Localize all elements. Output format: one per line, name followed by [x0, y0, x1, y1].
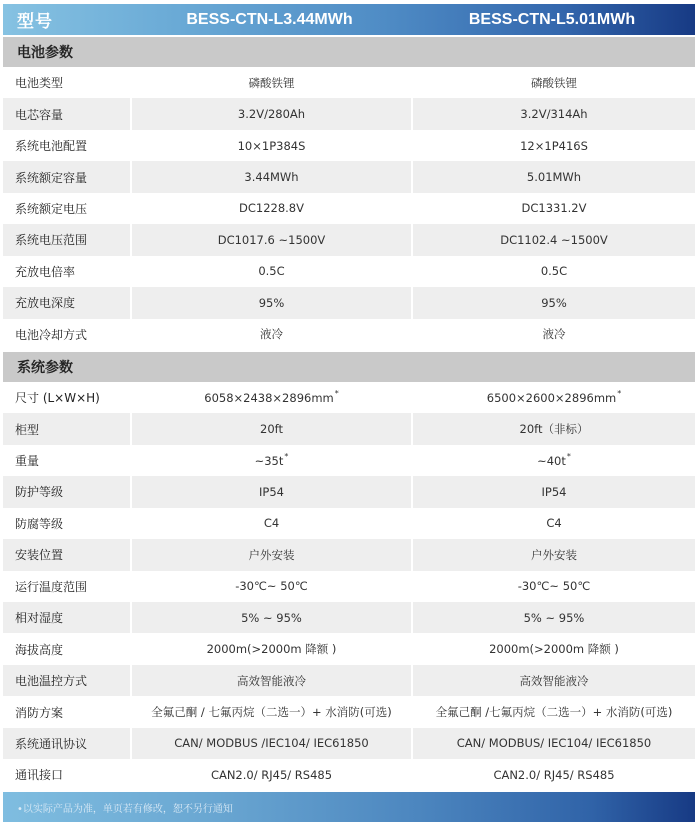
- row-value-model-1: 3.44MWh: [132, 161, 411, 192]
- row-label: 相对湿度: [3, 602, 130, 633]
- row-label: 系统通讯协议: [3, 728, 130, 759]
- value-text: 6058×2438×2896mm: [204, 391, 333, 405]
- value-text: 0.5C: [541, 264, 567, 278]
- value-text: 5% ~ 95%: [524, 611, 585, 625]
- table-row: 通讯接口CAN2.0/ RJ45/ RS485CAN2.0/ RJ45/ RS4…: [3, 759, 695, 790]
- row-label: 电池冷却方式: [3, 319, 130, 350]
- footnote-marker: *: [567, 452, 571, 461]
- spec-table: 型号 BESS-CTN-L3.44MWh BESS-CTN-L5.01MWh 电…: [3, 4, 695, 791]
- table-row: 系统电池配置10×1P384S12×1P416S: [3, 130, 695, 161]
- row-value-model-2: 0.5C: [413, 256, 695, 287]
- value-text: IP54: [542, 485, 567, 499]
- value-text: ~40t: [537, 454, 566, 468]
- footnote-marker: *: [284, 452, 288, 461]
- section-header: 系统参数: [3, 352, 695, 382]
- table-row: 电池类型磷酸铁锂磷酸铁锂: [3, 67, 695, 98]
- row-value-model-1: 95%: [132, 287, 411, 318]
- value-text: 高效智能液冷: [520, 673, 589, 689]
- value-text: CAN2.0/ RJ45/ RS485: [493, 768, 614, 782]
- row-value-model-1: DC1017.6 ~1500V: [132, 224, 411, 255]
- value-text: 3.44MWh: [244, 170, 298, 184]
- sections-container: 电池参数电池类型磷酸铁锂磷酸铁锂电芯容量3.2V/280Ah3.2V/314Ah…: [3, 37, 695, 791]
- row-label: 安装位置: [3, 539, 130, 570]
- table-row: 安装位置户外安装户外安装: [3, 539, 695, 570]
- row-value-model-1: ~35t*: [132, 445, 411, 476]
- table-row: 柜型20ft20ft（非标）: [3, 413, 695, 444]
- row-value-model-1: 液冷: [132, 319, 411, 350]
- table-row: 系统电压范围DC1017.6 ~1500VDC1102.4 ~1500V: [3, 224, 695, 255]
- row-label: 电池温控方式: [3, 665, 130, 696]
- value-text: 20ft（非标）: [520, 421, 589, 437]
- row-value-model-1: 2000m(>2000m 降额 ): [132, 633, 411, 664]
- value-text: 20ft: [260, 422, 283, 436]
- footnote-marker: *: [617, 389, 621, 398]
- row-value-model-2: -30℃~ 50℃: [413, 571, 695, 602]
- value-text: 户外安装: [249, 547, 295, 563]
- value-text: 高效智能液冷: [237, 673, 306, 689]
- footer-note: •以实际产品为准，单页若有修改，恕不另行通知: [17, 800, 233, 815]
- row-label: 充放电深度: [3, 287, 130, 318]
- row-label: 运行温度范围: [3, 571, 130, 602]
- row-value-model-2: 20ft（非标）: [413, 413, 695, 444]
- row-value-model-1: 磷酸铁锂: [132, 67, 411, 98]
- footer-banner: •以实际产品为准，单页若有修改，恕不另行通知: [3, 792, 695, 822]
- value-text: DC1017.6 ~1500V: [218, 233, 326, 247]
- row-label: 系统电压范围: [3, 224, 130, 255]
- row-label: 防护等级: [3, 476, 130, 507]
- value-text: 全氟己酮 / 七氟丙烷（二选一）+ 水消防(可选): [151, 704, 391, 720]
- value-text: 2000m(>2000m 降额 ): [489, 641, 619, 657]
- value-text: DC1228.8V: [239, 201, 304, 215]
- table-row: 消防方案全氟己酮 / 七氟丙烷（二选一）+ 水消防(可选)全氟己酮 /七氟丙烷（…: [3, 696, 695, 727]
- value-text: 磷酸铁锂: [531, 75, 577, 91]
- row-value-model-1: 0.5C: [132, 256, 411, 287]
- table-row: 电芯容量3.2V/280Ah3.2V/314Ah: [3, 98, 695, 129]
- row-value-model-2: ~40t*: [413, 445, 695, 476]
- row-value-model-2: 户外安装: [413, 539, 695, 570]
- value-text: 0.5C: [258, 264, 284, 278]
- row-value-model-2: CAN/ MODBUS/ IEC104/ IEC61850: [413, 728, 695, 759]
- table-row: 系统额定电压DC1228.8VDC1331.2V: [3, 193, 695, 224]
- table-row: 运行温度范围-30℃~ 50℃-30℃~ 50℃: [3, 571, 695, 602]
- value-text: 3.2V/314Ah: [520, 107, 587, 121]
- section-header: 电池参数: [3, 37, 695, 67]
- row-value-model-1: DC1228.8V: [132, 193, 411, 224]
- row-value-model-1: -30℃~ 50℃: [132, 571, 411, 602]
- model-name-2: BESS-CTN-L5.01MWh: [409, 11, 695, 29]
- row-label: 尺寸 (L×W×H): [3, 382, 130, 413]
- table-row: 充放电深度95%95%: [3, 287, 695, 318]
- row-value-model-2: IP54: [413, 476, 695, 507]
- value-text: 95%: [541, 296, 567, 310]
- value-text: 5.01MWh: [527, 170, 581, 184]
- row-label: 柜型: [3, 413, 130, 444]
- table-row: 系统额定容量3.44MWh5.01MWh: [3, 161, 695, 192]
- row-label: 系统电池配置: [3, 130, 130, 161]
- footnote-marker: *: [335, 389, 339, 398]
- value-text: DC1331.2V: [522, 201, 587, 215]
- row-value-model-2: 6500×2600×2896mm *: [413, 382, 695, 413]
- value-text: -30℃~ 50℃: [518, 579, 591, 593]
- table-row: 防护等级IP54IP54: [3, 476, 695, 507]
- value-text: DC1102.4 ~1500V: [500, 233, 608, 247]
- table-row: 尺寸 (L×W×H)6058×2438×2896mm*6500×2600×289…: [3, 382, 695, 413]
- value-text: 10×1P384S: [238, 139, 306, 153]
- row-value-model-1: 全氟己酮 / 七氟丙烷（二选一）+ 水消防(可选): [132, 696, 411, 727]
- table-row: 系统通讯协议CAN/ MODBUS /IEC104/ IEC61850CAN/ …: [3, 728, 695, 759]
- row-value-model-1: 10×1P384S: [132, 130, 411, 161]
- row-value-model-1: IP54: [132, 476, 411, 507]
- row-value-model-1: 高效智能液冷: [132, 665, 411, 696]
- value-text: C4: [546, 516, 561, 530]
- value-text: 2000m(>2000m 降额 ): [207, 641, 337, 657]
- value-text: CAN/ MODBUS/ IEC104/ IEC61850: [457, 736, 651, 750]
- model-name-1: BESS-CTN-L3.44MWh: [130, 11, 409, 29]
- value-text: 户外安装: [531, 547, 577, 563]
- row-value-model-1: 户外安装: [132, 539, 411, 570]
- row-label: 重量: [3, 445, 130, 476]
- table-row: 防腐等级C4C4: [3, 508, 695, 539]
- row-value-model-1: 3.2V/280Ah: [132, 98, 411, 129]
- table-row: 相对湿度5% ~ 95%5% ~ 95%: [3, 602, 695, 633]
- row-label: 电池类型: [3, 67, 130, 98]
- row-value-model-2: DC1331.2V: [413, 193, 695, 224]
- row-value-model-2: 5.01MWh: [413, 161, 695, 192]
- value-text: CAN/ MODBUS /IEC104/ IEC61850: [174, 736, 368, 750]
- row-value-model-2: 2000m(>2000m 降额 ): [413, 633, 695, 664]
- value-text: 液冷: [543, 326, 566, 342]
- row-label: 消防方案: [3, 696, 130, 727]
- row-label: 通讯接口: [3, 759, 130, 790]
- value-text: ~35t: [255, 454, 284, 468]
- value-text: 12×1P416S: [520, 139, 588, 153]
- row-value-model-2: 高效智能液冷: [413, 665, 695, 696]
- row-value-model-2: CAN2.0/ RJ45/ RS485: [413, 759, 695, 790]
- value-text: IP54: [259, 485, 284, 499]
- row-value-model-2: DC1102.4 ~1500V: [413, 224, 695, 255]
- header-label: 型号: [3, 7, 130, 32]
- value-text: 95%: [259, 296, 285, 310]
- table-row: 海拔高度2000m(>2000m 降额 )2000m(>2000m 降额 ): [3, 633, 695, 664]
- table-row: 电池温控方式高效智能液冷高效智能液冷: [3, 665, 695, 696]
- value-text: -30℃~ 50℃: [235, 579, 308, 593]
- row-value-model-2: 3.2V/314Ah: [413, 98, 695, 129]
- row-value-model-2: 95%: [413, 287, 695, 318]
- row-value-model-2: C4: [413, 508, 695, 539]
- table-header: 型号 BESS-CTN-L3.44MWh BESS-CTN-L5.01MWh: [3, 4, 695, 35]
- row-value-model-1: CAN2.0/ RJ45/ RS485: [132, 759, 411, 790]
- row-value-model-2: 磷酸铁锂: [413, 67, 695, 98]
- row-value-model-2: 液冷: [413, 319, 695, 350]
- value-text: CAN2.0/ RJ45/ RS485: [211, 768, 332, 782]
- row-label: 系统额定电压: [3, 193, 130, 224]
- value-text: 3.2V/280Ah: [238, 107, 305, 121]
- row-value-model-1: CAN/ MODBUS /IEC104/ IEC61850: [132, 728, 411, 759]
- row-label: 系统额定容量: [3, 161, 130, 192]
- value-text: 磷酸铁锂: [249, 75, 295, 91]
- value-text: 5% ~ 95%: [241, 611, 302, 625]
- value-text: C4: [264, 516, 279, 530]
- row-value-model-1: 5% ~ 95%: [132, 602, 411, 633]
- table-row: 重量~35t*~40t*: [3, 445, 695, 476]
- value-text: 全氟己酮 /七氟丙烷（二选一）+ 水消防(可选): [436, 704, 673, 720]
- row-value-model-1: 6058×2438×2896mm*: [132, 382, 411, 413]
- row-value-model-2: 全氟己酮 /七氟丙烷（二选一）+ 水消防(可选): [413, 696, 695, 727]
- row-label: 防腐等级: [3, 508, 130, 539]
- value-text: 6500×2600×2896mm: [487, 391, 616, 405]
- table-row: 充放电倍率0.5C0.5C: [3, 256, 695, 287]
- row-value-model-2: 12×1P416S: [413, 130, 695, 161]
- row-value-model-1: C4: [132, 508, 411, 539]
- row-label: 海拔高度: [3, 633, 130, 664]
- row-value-model-2: 5% ~ 95%: [413, 602, 695, 633]
- value-text: 液冷: [260, 326, 283, 342]
- table-row: 电池冷却方式液冷液冷: [3, 319, 695, 350]
- row-label: 充放电倍率: [3, 256, 130, 287]
- row-value-model-1: 20ft: [132, 413, 411, 444]
- row-label: 电芯容量: [3, 98, 130, 129]
